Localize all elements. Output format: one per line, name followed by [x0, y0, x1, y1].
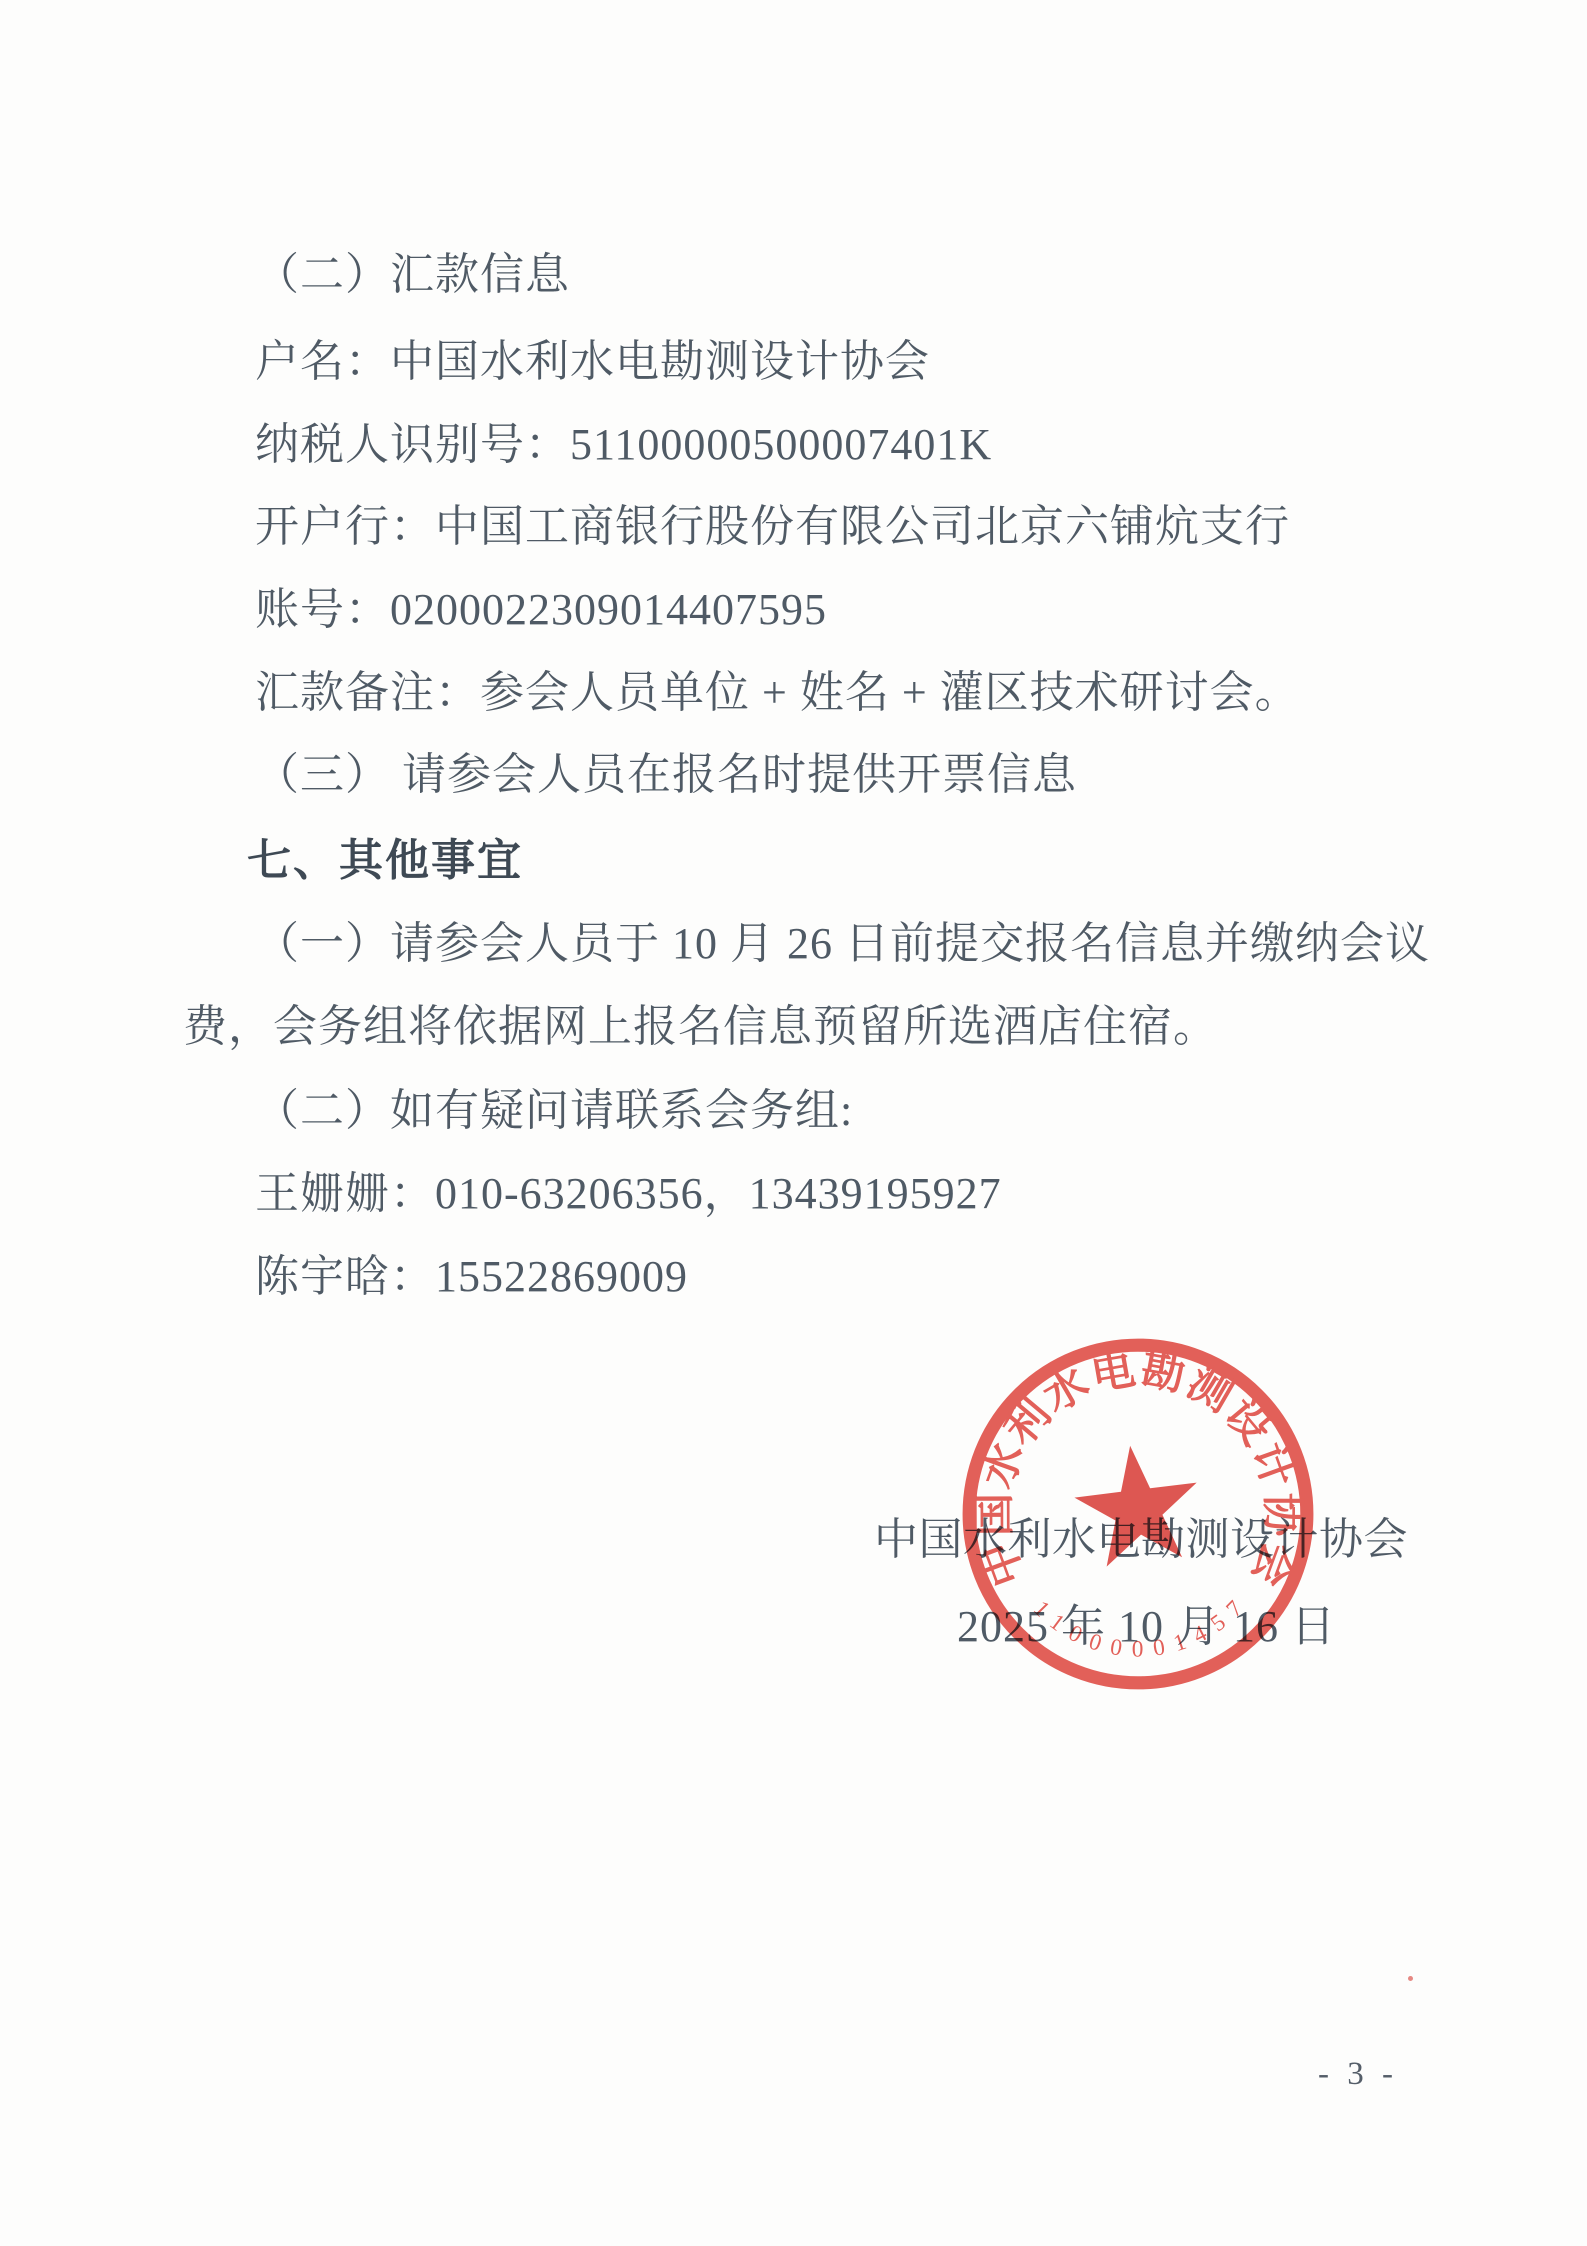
- line-remittance-note: 汇款备注：参会人员单位 + 姓名 + 灌区技术研讨会。: [255, 668, 1300, 719]
- line-contact-wang: 王姗姗：010-63206356，13439195927: [255, 1169, 1002, 1220]
- line-account-number: 账号：0200022309014407595: [255, 585, 827, 636]
- ink-speck: [1408, 1976, 1413, 1981]
- page-number: - 3 -: [1318, 2056, 1398, 2093]
- line-item1-part1: （一）请参会人员于 10 月 26 日前提交报名信息并缴纳会议: [255, 919, 1430, 970]
- seal-number-group: 11000001457: [1028, 1596, 1248, 1663]
- line-account-name: 户名：中国水利水电勘测设计协会: [255, 337, 930, 388]
- star-icon: [1069, 1438, 1206, 1569]
- seal-registration-number: 11000001457: [1028, 1596, 1248, 1663]
- line-bank-name: 开户行：中国工商银行股份有限公司北京六铺炕支行: [255, 502, 1290, 553]
- line-section7-heading: 七、其他事宜: [247, 836, 523, 887]
- line-item1-part2: 费，会务组将依据网上报名信息预留所选酒店住宿。: [183, 1002, 1218, 1053]
- line-section3: （三） 请参会人员在报名时提供开票信息: [255, 750, 1077, 801]
- line-taxpayer-id: 纳税人识别号：51100000500007401K: [255, 420, 992, 471]
- official-seal-stamp: 中国水利水电勘测设计协会 11000001457: [956, 1332, 1320, 1696]
- document-page: （二）汇款信息 户名：中国水利水电勘测设计协会 纳税人识别号：511000005…: [0, 0, 1587, 2246]
- line-contact-chen: 陈宇晗：15522869009: [255, 1252, 688, 1303]
- line-section2-heading: （二）汇款信息: [255, 250, 570, 301]
- line-item2: （二）如有疑问请联系会务组:: [255, 1086, 853, 1137]
